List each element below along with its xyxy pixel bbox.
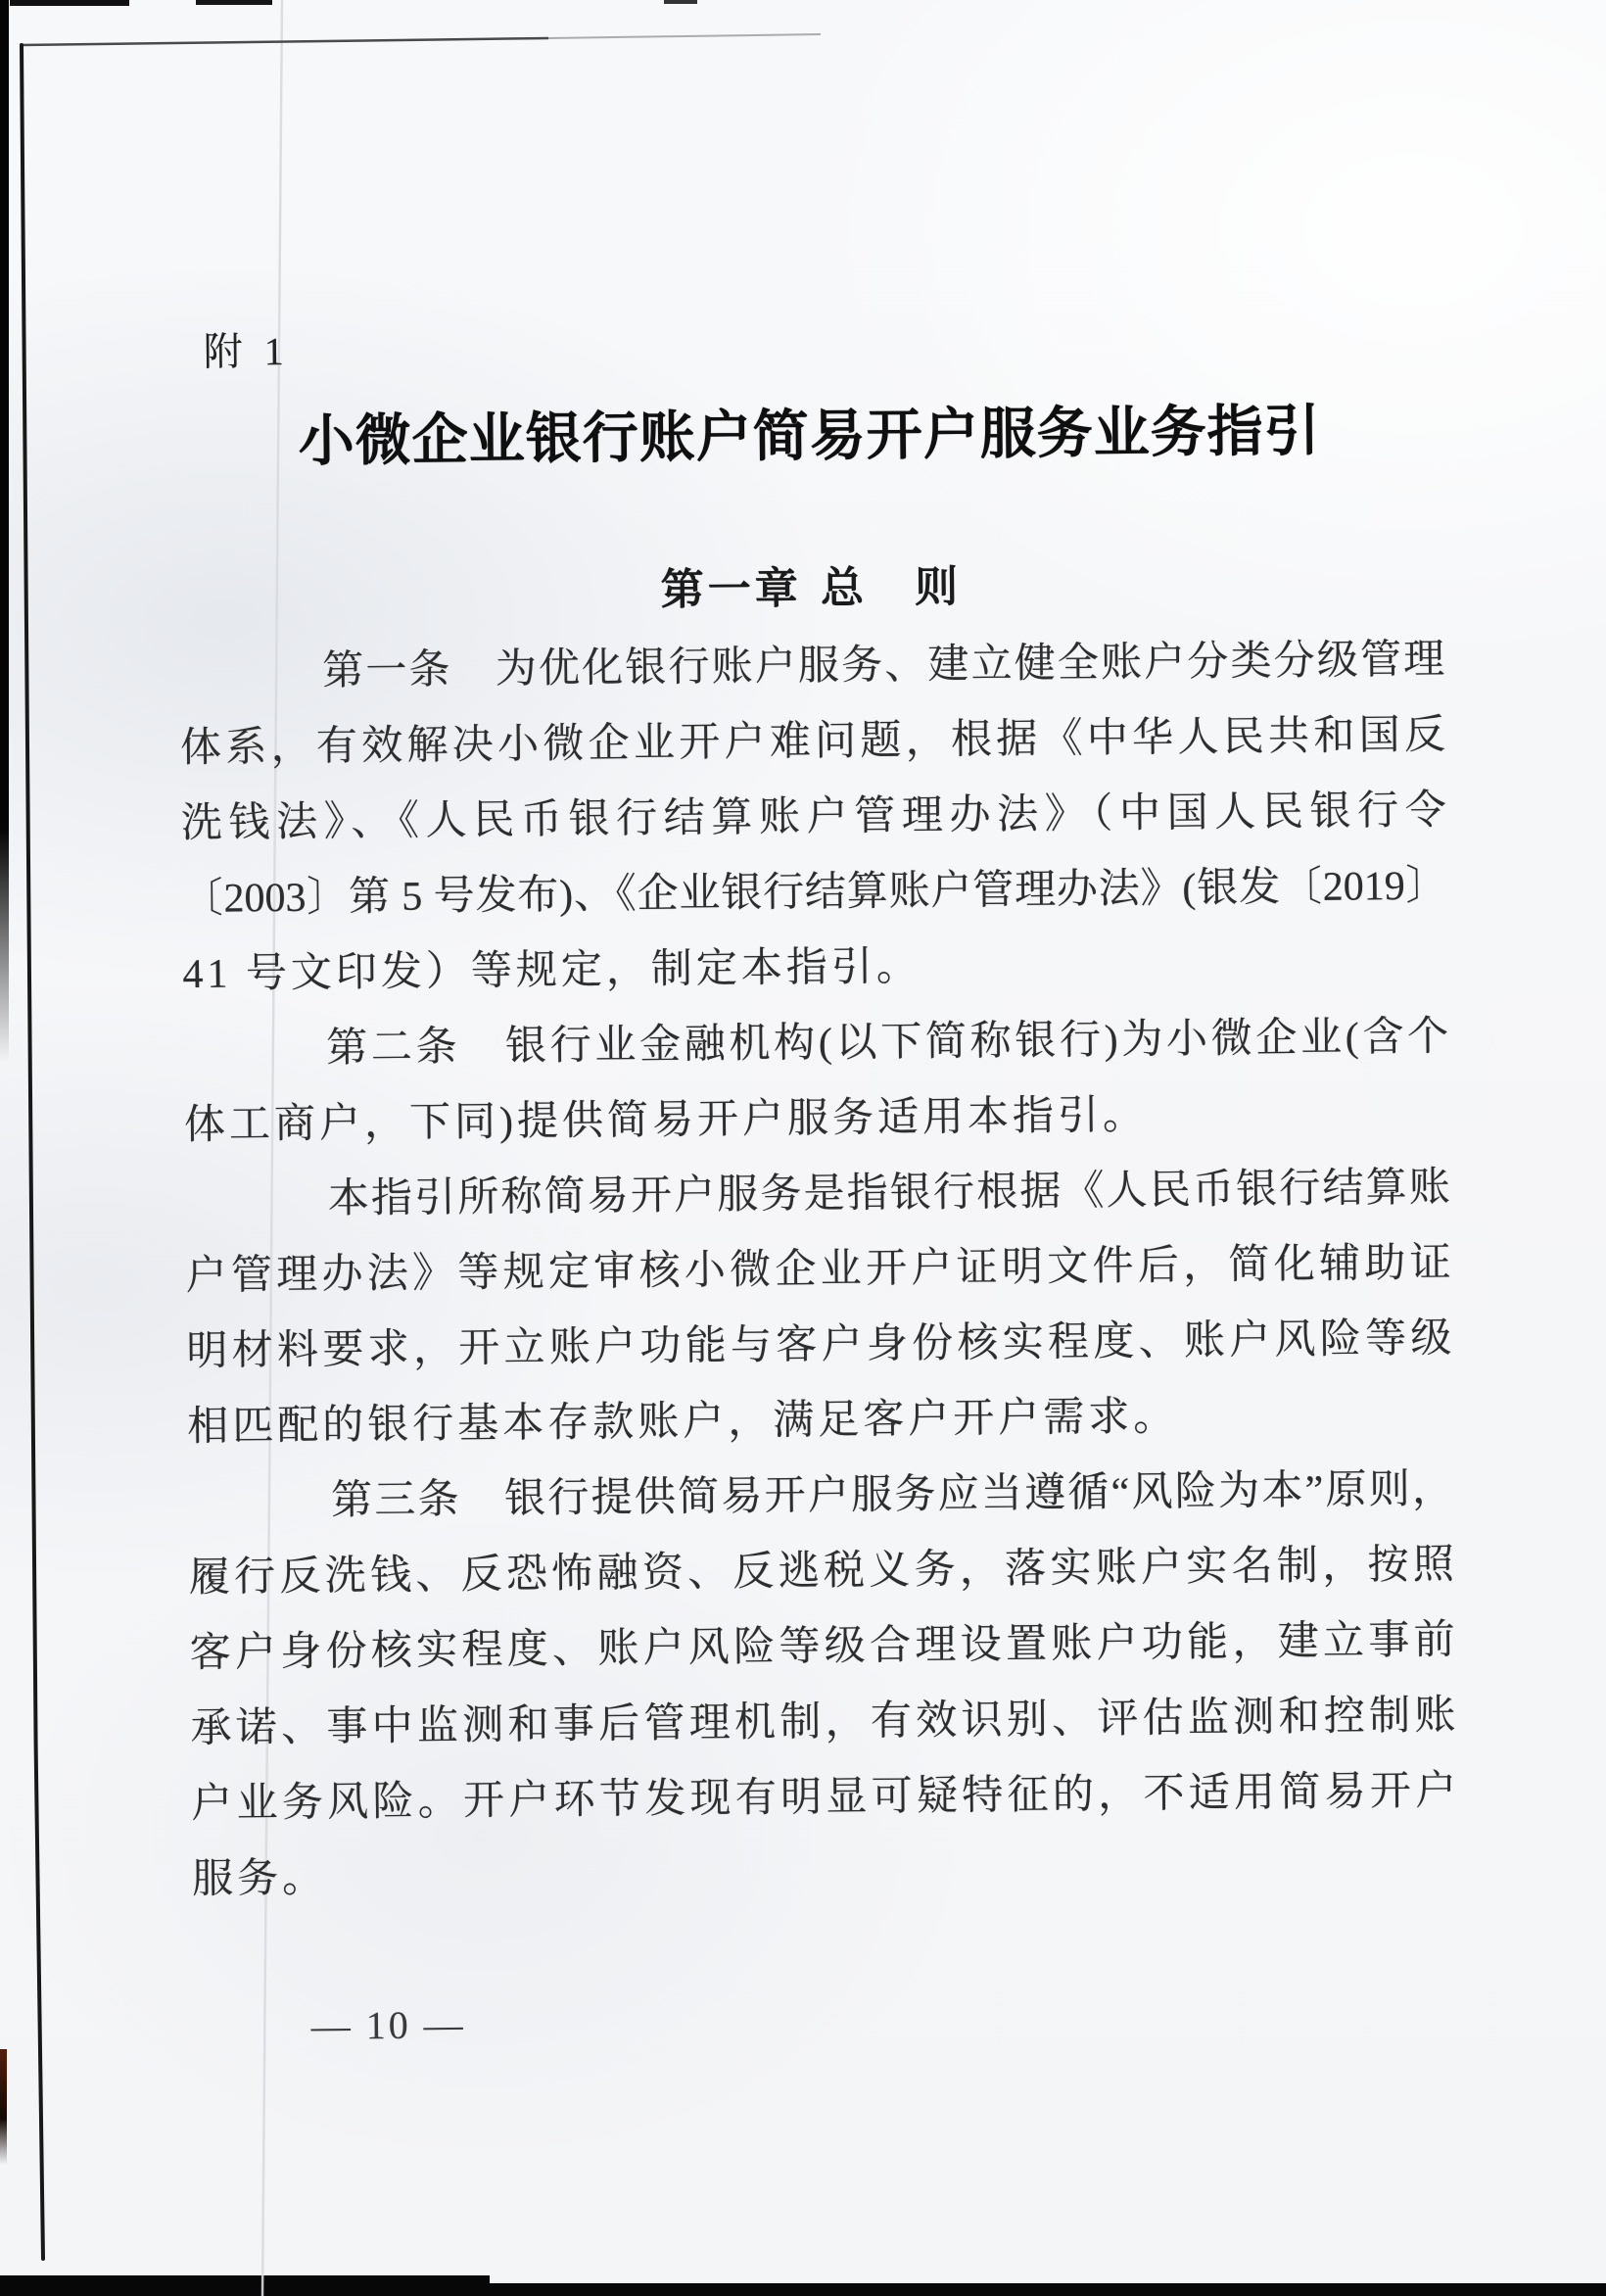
body-line: 41 号文印发）等规定，制定本指引。 bbox=[182, 925, 1448, 1014]
body-line: 体工商户，下同)提供简易开户服务适用本指引。 bbox=[184, 1076, 1450, 1165]
body-line: 本指引所称简易开户服务是指银行根据《人民币银行结算账 bbox=[184, 1151, 1450, 1240]
body-line: 履行反洗钱、反恐怖融资、反逃税义务，落实账户实名制，按照 bbox=[188, 1528, 1454, 1617]
body-line: 第三条 银行提供简易开户服务应当遵循“风险为本”原则， bbox=[188, 1453, 1454, 1542]
scanned-document-page: { "doc": { "attachment_label": "附 1", "t… bbox=[0, 0, 1606, 2296]
body-line: 第二条 银行业金融机构(以下简称银行)为小微企业(含个 bbox=[183, 1000, 1449, 1089]
page-number: — 10 — bbox=[310, 2001, 465, 2049]
chapter-heading: 第一章 总 则 bbox=[178, 547, 1444, 623]
document-content: 附 1 小微企业银行账户简易开户服务业务指引 第一章 总 则 第一条 为优化银行… bbox=[0, 0, 1606, 2296]
body-line: 明材料要求，开立账户功能与客户身份核实程度、账户风险等级 bbox=[186, 1302, 1452, 1391]
body-line: 客户身份核实程度、账户风险等级合理设置账户功能，建立事前 bbox=[189, 1603, 1455, 1693]
document-title: 小微企业银行账户简易开户服务业务指引 bbox=[176, 385, 1442, 479]
body-line: 服务。 bbox=[192, 1830, 1458, 1919]
body-line: 户业务风险。开户环节发现有明显可疑特征的，不适用简易开户 bbox=[191, 1754, 1457, 1843]
body-line: 户管理办法》等规定审核小微企业开户证明文件后，简化辅助证 bbox=[185, 1226, 1451, 1315]
body-line: 洗钱法》、《人民币银行结算账户管理办法》（中国人民银行令 bbox=[180, 774, 1446, 863]
body-line: 第一条 为优化银行账户服务、建立健全账户分类分级管理 bbox=[179, 623, 1445, 712]
body-line: 〔2003〕第 5 号发布)、《企业银行结算账户管理办法》(银发〔2019〕 bbox=[181, 849, 1447, 938]
body-line: 相匹配的银行基本存款账户，满足客户开户需求。 bbox=[187, 1377, 1453, 1466]
body-line: 承诺、事中监测和事后管理机制，有效识别、评估监测和控制账 bbox=[190, 1679, 1456, 1768]
attachment-label: 附 1 bbox=[203, 320, 290, 377]
body-line: 体系，有效解决小微企业开户难问题，根据《中华人民共和国反 bbox=[180, 698, 1446, 788]
document-body: 第一条 为优化银行账户服务、建立健全账户分类分级管理 体系，有效解决小微企业开户… bbox=[179, 623, 1458, 1918]
